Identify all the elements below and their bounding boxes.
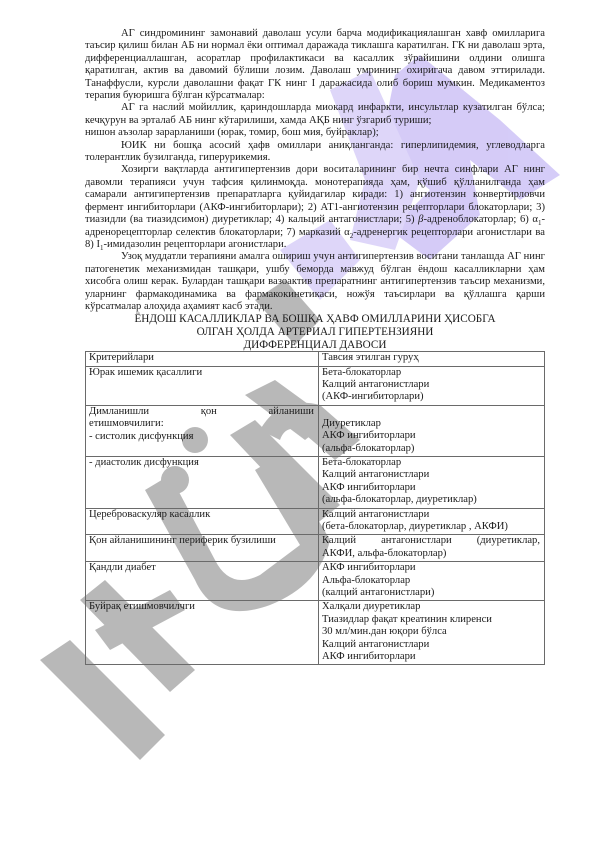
heading-line-3: ДИФФЕРЕНЦИАЛ ДАВОСИ <box>85 339 545 352</box>
table-row: Юрак ишемик қасаллиги Бета-блокаторлар К… <box>86 366 545 405</box>
paragraph-treatment-intro: АГ синдромининг замонавий даволаш усули … <box>85 28 545 102</box>
table-row: Димланишли қон айланиши етишмовчилиги: -… <box>86 405 545 456</box>
column-header-recommended-group: Тавсия этилган гуруҳ <box>319 352 545 366</box>
paragraph-drug-classes: Хозирги вақтларда антигипертензив дори в… <box>85 164 545 251</box>
indication-heredity: АГ га наслий мойиллик, қариндошларда мио… <box>85 102 545 125</box>
column-header-criteria: Критерийлари <box>86 352 319 366</box>
heading-line-2: ОЛГАН ҲОЛДА АРТЕРИАЛ ГИПЕРТЕНЗИЯНИ <box>85 326 545 339</box>
document-page: АГ синдромининг замонавий даволаш усули … <box>85 28 545 665</box>
table-row: Цереброваскуляр касаллик Калций антагони… <box>86 508 545 535</box>
table-header-row: Критерийлари Тавсия этилган гуруҳ <box>86 352 545 366</box>
heading-line-1: ЁНДОШ КАСАЛЛИКЛАР ВА БОШҚА ҲАВФ ОМИЛЛАРИ… <box>85 313 545 326</box>
table-row: Қандли диабет АКФ ингибиторлари Альфа-бл… <box>86 562 545 601</box>
table-row: - диастолик дисфункция Бета-блокаторлар … <box>86 456 545 508</box>
paragraph-long-term-therapy: Узоқ муддатли терапияни амалга ошириш уч… <box>85 251 545 313</box>
paragraph-indications-1: АГ га наслий мойиллик, қариндошларда мио… <box>85 102 545 127</box>
section-heading: ЁНДОШ КАСАЛЛИКЛАР ВА БОШҚА ҲАВФ ОМИЛЛАРИ… <box>85 313 545 351</box>
paragraph-indications-2: нишон аъзолар зарарланиши (юрак, томир, … <box>85 127 545 139</box>
table-row: Буйрақ етишмовчилчги Халқали диуретиклар… <box>86 601 545 665</box>
differential-treatment-table: Критерийлари Тавсия этилган гуруҳ Юрак и… <box>85 351 545 665</box>
paragraph-risk-factors: ЮИК ни бошқа асосий ҳафв омиллари аниқла… <box>85 140 545 165</box>
table-row: Қон айланишининг периферик бузилиши Калц… <box>86 535 545 562</box>
